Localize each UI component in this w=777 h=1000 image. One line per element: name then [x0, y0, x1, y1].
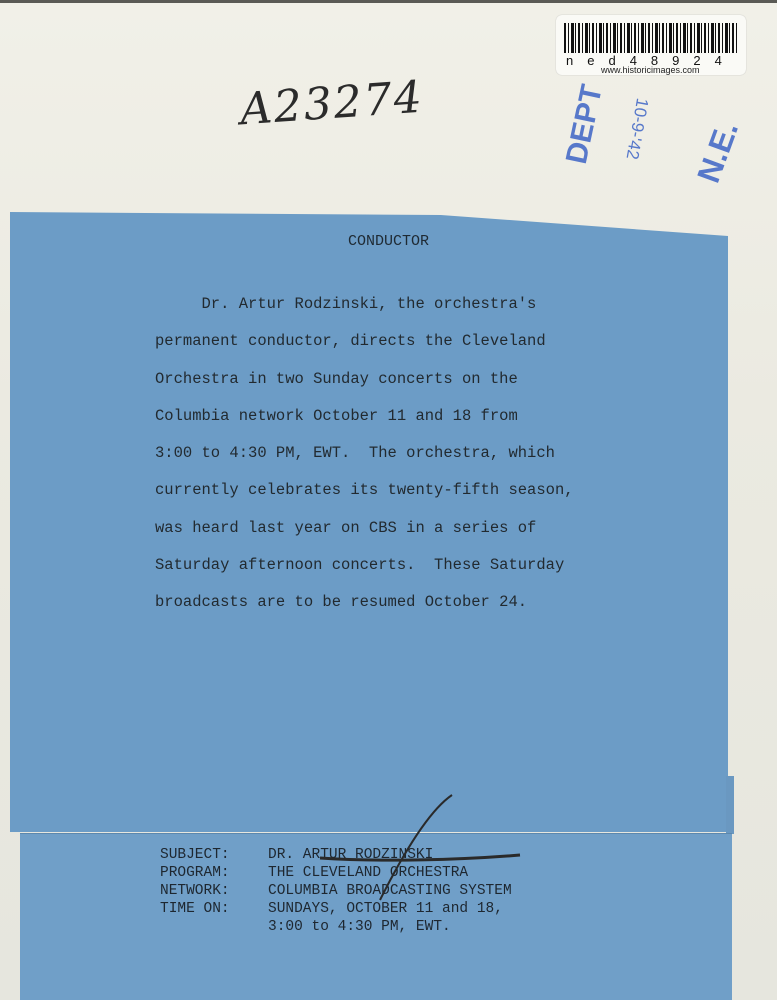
- body-line: was heard last year on CBS in a series o…: [155, 510, 655, 547]
- body-line: Columbia network October 11 and 18 from: [155, 398, 655, 435]
- barcode-label: ned48924 www.historicimages.com: [556, 15, 746, 75]
- body-line: currently celebrates its twenty-fifth se…: [155, 472, 655, 509]
- meta-value: 3:00 to 4:30 PM, EWT.: [268, 918, 451, 936]
- meta-key: NETWORK:: [160, 882, 268, 900]
- meta-program: PROGRAM: THE CLEVELAND ORCHESTRA: [160, 864, 512, 882]
- meta-key: SUBJECT:: [160, 846, 268, 864]
- document-metadata: SUBJECT: DR. ARTUR RODZINSKI PROGRAM: TH…: [160, 846, 512, 936]
- meta-network: NETWORK: COLUMBIA BROADCASTING SYSTEM: [160, 882, 512, 900]
- meta-time-on: TIME ON: SUNDAYS, OCTOBER 11 and 18,: [160, 900, 512, 918]
- body-line: Orchestra in two Sunday concerts on the: [155, 361, 655, 398]
- meta-value: COLUMBIA BROADCASTING SYSTEM: [268, 882, 512, 900]
- meta-key: [160, 918, 268, 936]
- meta-value: THE CLEVELAND ORCHESTRA: [268, 864, 468, 882]
- meta-subject: SUBJECT: DR. ARTUR RODZINSKI: [160, 846, 512, 864]
- meta-time-on-cont: 3:00 to 4:30 PM, EWT.: [160, 918, 512, 936]
- body-line: Saturday afternoon concerts. These Satur…: [155, 547, 655, 584]
- body-line: permanent conductor, directs the Clevela…: [155, 323, 655, 360]
- barcode-url: www.historicimages.com: [601, 65, 700, 75]
- top-edge-shadow: [0, 0, 777, 3]
- document-title: CONDUCTOR: [0, 233, 777, 250]
- body-line: broadcasts are to be resumed October 24.: [155, 584, 655, 621]
- meta-value: SUNDAYS, OCTOBER 11 and 18,: [268, 900, 503, 918]
- barcode-icon: [564, 23, 738, 53]
- meta-key: TIME ON:: [160, 900, 268, 918]
- document-body: Dr. Artur Rodzinski, the orchestra's per…: [155, 286, 655, 622]
- body-line: Dr. Artur Rodzinski, the orchestra's: [155, 286, 655, 323]
- body-line: 3:00 to 4:30 PM, EWT. The orchestra, whi…: [155, 435, 655, 472]
- caption-sheet-edge: [726, 776, 734, 834]
- meta-key: PROGRAM:: [160, 864, 268, 882]
- meta-value: DR. ARTUR RODZINSKI: [268, 846, 433, 864]
